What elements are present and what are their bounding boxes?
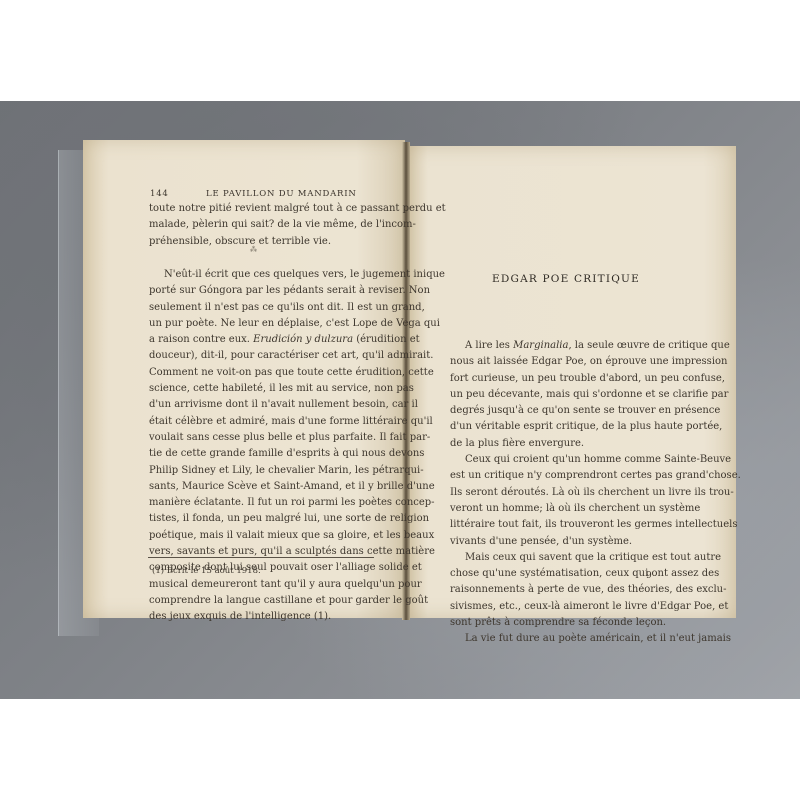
text-line: science, cette habileté, il les mit au s…: [149, 381, 373, 397]
text-line: Comment ne voit-on pas que toute cette é…: [149, 365, 373, 381]
text-line: degrés jusqu'à ce qu'on sente se trouver…: [450, 403, 668, 419]
text-line: tie de cette grande famille d'esprits à …: [149, 446, 373, 462]
text-line: de la plus fière envergure.: [450, 436, 668, 452]
text-line: chose qu'une systématisation, ceux qui o…: [450, 566, 668, 582]
text-line: voulait sans cesse plus belle et plus pa…: [149, 430, 373, 446]
chapter-title: EDGAR POE CRITIQUE: [492, 273, 640, 285]
text-line: sont prêts à comprendre sa féconde leçon…: [450, 615, 668, 631]
text-line: comprendre la langue castillane et pour …: [149, 593, 373, 609]
section-break-asterism: ⁂: [250, 247, 257, 253]
text-line: A lire les Marginalia, la seule œuvre de…: [450, 338, 668, 354]
text-line: a raison contre eux. Erudición y dulzura…: [149, 332, 373, 348]
text-line: poétique, mais il valait mieux que sa gl…: [149, 528, 373, 544]
text-line: malade, pèlerin qui sait? de la vie même…: [149, 217, 372, 233]
text-line: tistes, il fonda, un peu malgré lui, une…: [149, 511, 373, 527]
text-line: sants, Maurice Scève et Saint-Amand, et …: [149, 479, 373, 495]
running-head-title: LE PAVILLON DU MANDARIN: [206, 189, 357, 199]
footnote: (1) Écrit le 15 août 1918.: [152, 566, 261, 576]
text-line: seulement il n'est pas ce qu'ils ont dit…: [149, 300, 373, 316]
left-page-number: 144: [150, 189, 169, 199]
text-line: sivismes, etc., ceux-là aimeront le livr…: [450, 599, 668, 615]
text-line: Philip Sidney et Lily, le chevalier Mari…: [149, 463, 373, 479]
text-line: fort curieuse, un peu trouble d'abord, u…: [450, 371, 668, 387]
text-line: Ils seront déroutés. Là où ils cherchent…: [450, 485, 668, 501]
right-main-text: A lire les Marginalia, la seule œuvre de…: [450, 338, 668, 648]
right-page-number: 9: [646, 571, 652, 581]
text-line: Ceux qui croient qu'un homme comme Saint…: [450, 452, 668, 468]
text-line: N'eût-il écrit que ces quelques vers, le…: [149, 267, 373, 283]
text-line: La vie fut dure au poète américain, et i…: [450, 631, 668, 647]
text-line: veront un homme; là où ils cherchent un …: [450, 501, 668, 517]
text-line: porté sur Góngora par les pédants serait…: [149, 283, 373, 299]
text-line: préhensible, obscure et terrible vie.: [149, 234, 372, 250]
left-opening-text: toute notre pitié revient malgré tout à …: [149, 201, 372, 250]
text-line: littéraire tout fait, ils trouveront les…: [450, 517, 668, 533]
text-line: était célèbre et admiré, mais d'une form…: [149, 414, 373, 430]
text-line: un pur poète. Ne leur en déplaise, c'est…: [149, 316, 373, 332]
text-line: manière éclatante. Il fut un roi parmi l…: [149, 495, 373, 511]
footnote-rule: [148, 557, 374, 558]
text-line: nous ait laissée Edgar Poe, on éprouve u…: [450, 354, 668, 370]
text-line: d'un véritable esprit critique, de la pl…: [450, 419, 668, 435]
text-line: vivants d'une pensée, d'un système.: [450, 534, 668, 550]
text-line: musical demeureront tant qu'il y aura qu…: [149, 577, 373, 593]
text-line: un peu décevante, mais qui s'ordonne et …: [450, 387, 668, 403]
text-line: douceur), dit-il, pour caractériser cet …: [149, 348, 373, 364]
text-line: toute notre pitié revient malgré tout à …: [149, 201, 372, 217]
text-line: raisonnements à perte de vue, des théori…: [450, 582, 668, 598]
text-line: des jeux exquis de l'intelligence (1).: [149, 609, 373, 625]
text-line: est un critique n'y comprendront certes …: [450, 468, 668, 484]
text-line: Mais ceux qui savent que la critique est…: [450, 550, 668, 566]
text-line: d'un arrivisme dont il n'avait nullement…: [149, 397, 373, 413]
